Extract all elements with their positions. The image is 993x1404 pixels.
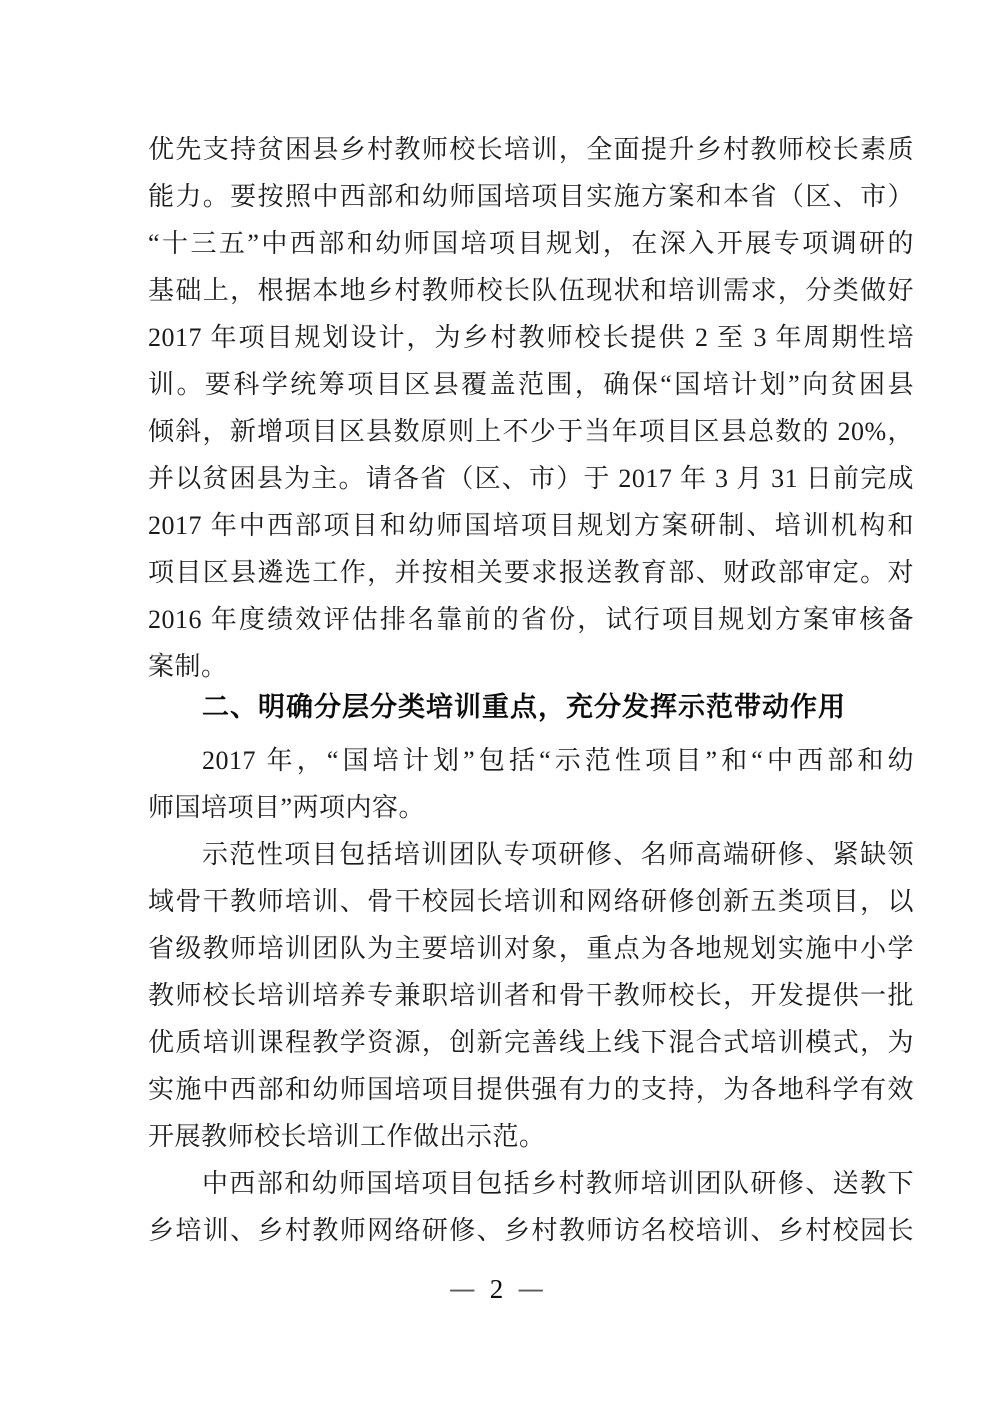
text-line: 项目区县遴选工作，并按相关要求报送教育部、财政部审定。对 <box>148 549 914 596</box>
page-number: 2 <box>490 1266 504 1313</box>
page-footer: —2— <box>0 1266 993 1313</box>
paragraph-demonstration-projects: 示范性项目包括培训团队专项研修、名师高端研修、紧缺领 域骨干教师培训、骨干校园长… <box>148 831 914 1160</box>
text-line: 省级教师培训团队为主要培训对象，重点为各地规划实施中小学 <box>148 925 914 972</box>
paragraph-overview: 2017 年，“国培计划”包括“示范性项目”和“中西部和幼 师国培项目”两项内容… <box>148 737 914 831</box>
text-line: 训。要科学统筹项目区县覆盖范围，确保“国培计划”向贫困县 <box>148 361 914 408</box>
text-line: 示范性项目包括培训团队专项研修、名师高端研修、紧缺领 <box>148 831 914 878</box>
text-line: 基础上，根据本地乡村教师校长队伍现状和培训需求，分类做好 <box>148 267 914 314</box>
text-line: 并以贫困县为主。请各省（区、市）于 2017 年 3 月 31 日前完成 <box>148 455 914 502</box>
text-line: 2017 年，“国培计划”包括“示范性项目”和“中西部和幼 <box>148 737 914 784</box>
text-line: 乡培训、乡村教师网络研修、乡村教师访名校培训、乡村校园长 <box>148 1207 914 1254</box>
text-line: 倾斜，新增项目区县数原则上不少于当年项目区县总数的 20%， <box>148 408 914 455</box>
text-line: 域骨干教师培训、骨干校园长培训和网络研修创新五类项目，以 <box>148 878 914 925</box>
text-line: 能力。要按照中西部和幼师国培项目实施方案和本省（区、市） <box>148 173 914 220</box>
document-body: 优先支持贫困县乡村教师校长培训，全面提升乡村教师校长素质 能力。要按照中西部和幼… <box>148 126 914 1254</box>
text-line: 开展教师校长培训工作做出示范。 <box>148 1113 914 1160</box>
text-line: 2017 年中西部项目和幼师国培项目规划方案研制、培训机构和 <box>148 502 914 549</box>
section-heading: 二、明确分层分类培训重点，充分发挥示范带动作用 <box>148 684 914 731</box>
text-line: 2016 年度绩效评估排名靠前的省份，试行项目规划方案审核备 <box>148 596 914 643</box>
paragraph-midwest-projects: 中西部和幼师国培项目包括乡村教师培训团队研修、送教下 乡培训、乡村教师网络研修、… <box>148 1160 914 1254</box>
page-number-right-dash: — <box>517 1274 544 1305</box>
text-line: 实施中西部和幼师国培项目提供强有力的支持，为各地科学有效 <box>148 1066 914 1113</box>
text-line: 教师校长培训培养专兼职培训者和骨干教师校长，开发提供一批 <box>148 972 914 1019</box>
text-line: “十三五”中西部和幼师国培项目规划，在深入开展专项调研的 <box>148 220 914 267</box>
document-page: 优先支持贫困县乡村教师校长培训，全面提升乡村教师校长素质 能力。要按照中西部和幼… <box>0 0 993 1404</box>
text-line: 优质培训课程教学资源，创新完善线上线下混合式培训模式，为 <box>148 1019 914 1066</box>
paragraph-continuation: 优先支持贫困县乡村教师校长培训，全面提升乡村教师校长素质 能力。要按照中西部和幼… <box>148 126 914 690</box>
text-line: 优先支持贫困县乡村教师校长培训，全面提升乡村教师校长素质 <box>148 126 914 173</box>
text-line: 2017 年项目规划设计，为乡村教师校长提供 2 至 3 年周期性培 <box>148 314 914 361</box>
text-line: 案制。 <box>148 643 914 690</box>
text-line: 师国培项目”两项内容。 <box>148 784 914 831</box>
page-number-left-dash: — <box>449 1274 476 1305</box>
text-line: 中西部和幼师国培项目包括乡村教师培训团队研修、送教下 <box>148 1160 914 1207</box>
